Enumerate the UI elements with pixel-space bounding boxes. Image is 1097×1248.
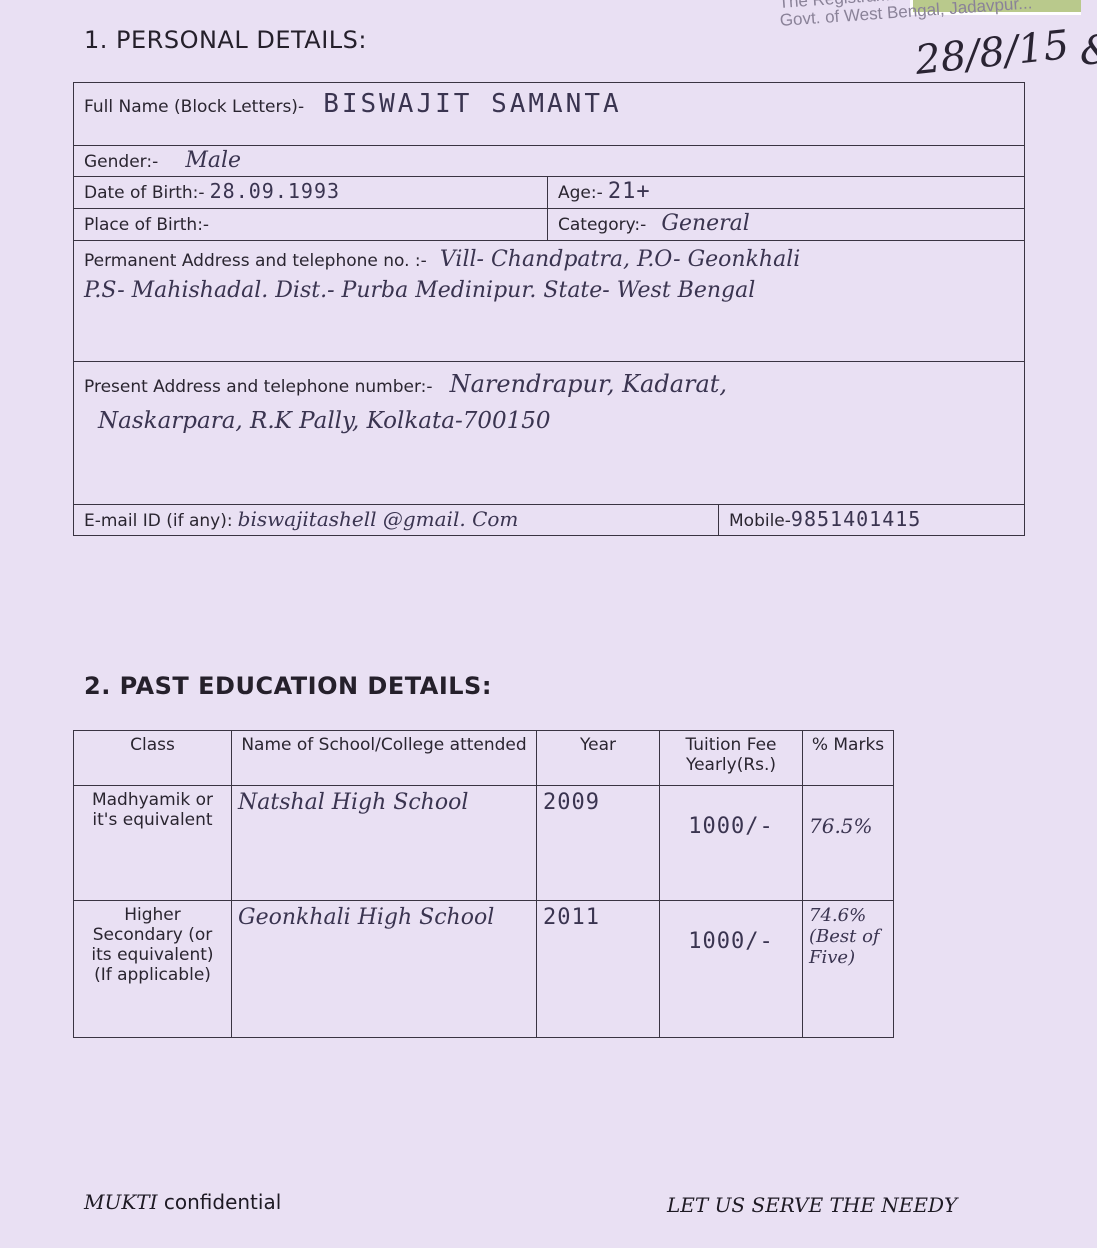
present-address-row: Present Address and telephone number:- N… bbox=[74, 362, 1024, 505]
fee-cell[interactable]: 1000/- bbox=[660, 786, 803, 901]
mobile-cell: Mobile-9851401415 bbox=[718, 505, 1024, 535]
section-education-heading: 2. PAST EDUCATION DETAILS: bbox=[84, 672, 492, 700]
education-table: Class Name of School/College attended Ye… bbox=[73, 730, 894, 1038]
footer-brand: MUKTI bbox=[84, 1190, 158, 1214]
full-name-label: Full Name (Block Letters)- bbox=[84, 97, 304, 117]
email-cell: E-mail ID (if any): biswajitashell @gmai… bbox=[74, 505, 718, 535]
table-row: Higher Secondary (or its equivalent) (If… bbox=[74, 901, 894, 1038]
permanent-address-line-1[interactable]: Vill- Chandpatra, P.O- Geonkhali bbox=[440, 247, 800, 272]
dob-label: Date of Birth:- bbox=[84, 183, 205, 203]
year-cell[interactable]: 2009 bbox=[537, 786, 660, 901]
permanent-address-label: Permanent Address and telephone no. :- bbox=[84, 251, 427, 271]
mobile-label: Mobile- bbox=[729, 511, 791, 531]
footer-motto: LET US SERVE THE NEEDY bbox=[667, 1193, 957, 1217]
pob-row: Place of Birth:- Category:- General bbox=[74, 209, 1024, 241]
signature-date: 28/8/15 bbox=[913, 22, 1071, 84]
full-name-value[interactable]: BISWAJIT SAMANTA bbox=[323, 89, 621, 119]
section-personal-heading: 1. PERSONAL DETAILS: bbox=[84, 26, 367, 54]
category-value[interactable]: General bbox=[661, 211, 749, 236]
permanent-address-row: Permanent Address and telephone no. :- V… bbox=[74, 241, 1024, 362]
signature-initial: & bbox=[1080, 28, 1097, 74]
gender-cell: Gender:- Male bbox=[74, 146, 1024, 176]
email-label: E-mail ID (if any): bbox=[84, 511, 233, 531]
school-cell[interactable]: Geonkhali High School bbox=[232, 901, 537, 1038]
full-name-row: Full Name (Block Letters)- BISWAJIT SAMA… bbox=[74, 83, 1024, 146]
col-class: Class bbox=[74, 731, 232, 786]
gender-label: Gender:- bbox=[84, 152, 158, 172]
email-value[interactable]: biswajitashell @gmail. Com bbox=[238, 507, 519, 531]
present-address-line-2[interactable]: Naskarpara, R.K Pally, Kolkata-700150 bbox=[98, 408, 1014, 434]
gender-row: Gender:- Male bbox=[74, 146, 1024, 177]
contact-row: E-mail ID (if any): biswajitashell @gmai… bbox=[74, 505, 1024, 535]
gender-value[interactable]: Male bbox=[185, 148, 241, 173]
marks-cell[interactable]: 74.6% (Best of Five) bbox=[803, 901, 894, 1038]
col-marks: % Marks bbox=[803, 731, 894, 786]
age-label: Age:- bbox=[558, 183, 603, 203]
footer-confidential-text: confidential bbox=[158, 1190, 282, 1214]
class-cell: Madhyamik or it's equivalent bbox=[74, 786, 232, 901]
class-cell: Higher Secondary (or its equivalent) (If… bbox=[74, 901, 232, 1038]
permanent-address-line-2[interactable]: P.S- Mahishadal. Dist.- Purba Medinipur.… bbox=[84, 278, 1014, 303]
dob-value[interactable]: 28.09.1993 bbox=[210, 179, 340, 203]
year-cell[interactable]: 2011 bbox=[537, 901, 660, 1038]
col-year: Year bbox=[537, 731, 660, 786]
fee-cell[interactable]: 1000/- bbox=[660, 901, 803, 1038]
marks-cell[interactable]: 76.5% bbox=[803, 786, 894, 901]
education-header-row: Class Name of School/College attended Ye… bbox=[74, 731, 894, 786]
col-fee: Tuition Fee Yearly(Rs.) bbox=[660, 731, 803, 786]
pob-cell: Place of Birth:- bbox=[74, 209, 547, 240]
present-address-label: Present Address and telephone number:- bbox=[84, 377, 433, 397]
mobile-value[interactable]: 9851401415 bbox=[791, 507, 921, 531]
school-cell[interactable]: Natshal High School bbox=[232, 786, 537, 901]
permanent-address-cell: Permanent Address and telephone no. :- V… bbox=[74, 241, 1024, 361]
table-row: Madhyamik or it's equivalent Natshal Hig… bbox=[74, 786, 894, 901]
personal-details-table: Full Name (Block Letters)- BISWAJIT SAMA… bbox=[73, 82, 1025, 536]
dob-cell: Date of Birth:- 28.09.1993 bbox=[74, 177, 547, 208]
present-address-cell: Present Address and telephone number:- N… bbox=[74, 362, 1024, 504]
age-value[interactable]: 21+ bbox=[608, 179, 651, 204]
pob-label: Place of Birth:- bbox=[84, 215, 209, 235]
present-address-line-1[interactable]: Narendrapur, Kadarat, bbox=[450, 370, 727, 398]
category-label: Category:- bbox=[558, 215, 646, 235]
dob-row: Date of Birth:- 28.09.1993 Age:- 21+ bbox=[74, 177, 1024, 209]
age-cell: Age:- 21+ bbox=[547, 177, 1024, 208]
col-school: Name of School/College attended bbox=[232, 731, 537, 786]
full-name-cell: Full Name (Block Letters)- BISWAJIT SAMA… bbox=[74, 83, 1024, 145]
footer-confidential: MUKTI confidential bbox=[84, 1190, 281, 1214]
category-cell: Category:- General bbox=[547, 209, 1024, 240]
